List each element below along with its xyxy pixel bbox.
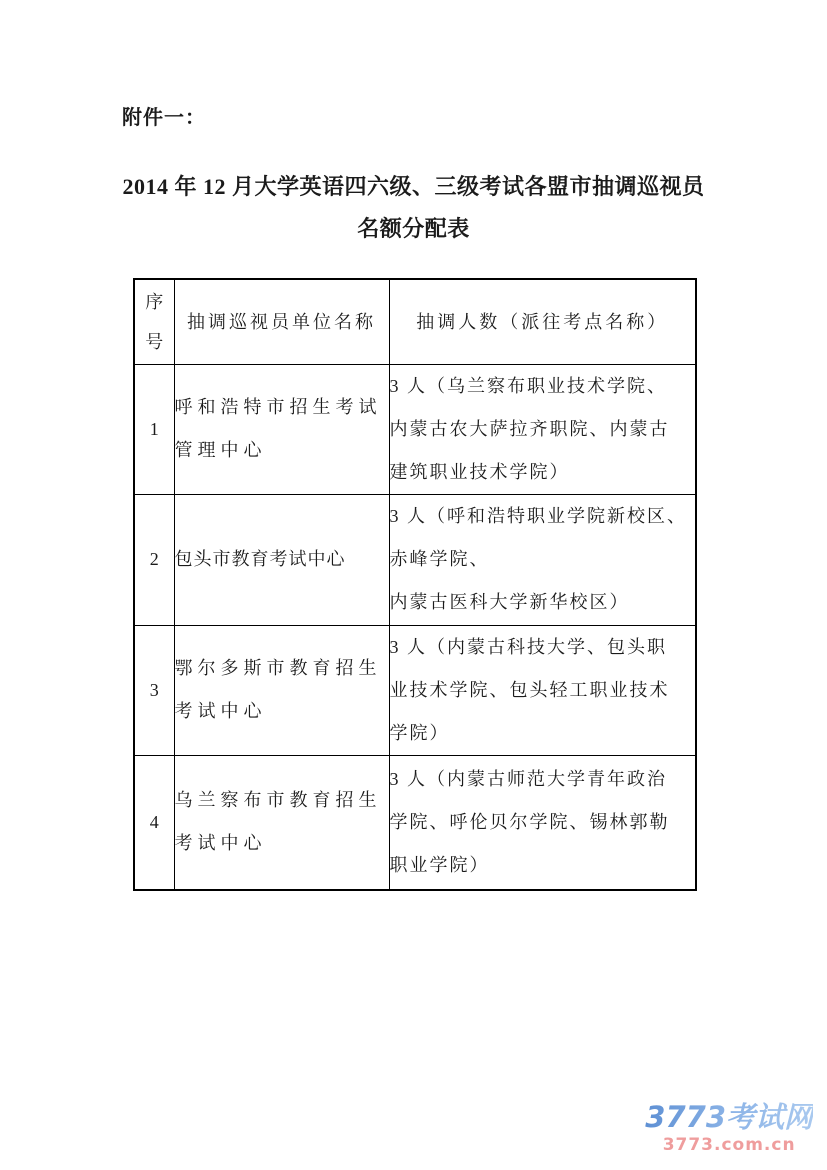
attachment-label: 附件一：	[122, 104, 705, 132]
quota-line: 职业学院）	[390, 844, 696, 887]
header-serial-number: 序 号	[134, 279, 174, 364]
document-title-line1: 2014 年 12 月大学英语四六级、三级考试各盟市抽调巡视员	[122, 166, 705, 208]
quota-cell: 3 人（内蒙古师范大学青年政治 学院、呼伦贝尔学院、锡林郭勒 职业学院）	[389, 755, 696, 890]
serial-number-cell: 1	[134, 364, 174, 494]
header-unit-name: 抽调巡视员单位名称	[174, 279, 389, 364]
quota-line: 学院）	[390, 712, 696, 755]
unit-name-line: 包头市教育考试中心	[175, 538, 389, 581]
serial-number-cell: 3	[134, 625, 174, 755]
quota-line: 业技术学院、包头轻工职业技术	[390, 669, 696, 712]
unit-name-line: 乌兰察布市教育招生	[175, 779, 389, 822]
document-title-line2: 名额分配表	[122, 208, 705, 250]
quota-line: 3 人（呼和浩特职业学院新校区、	[390, 495, 696, 538]
header-serial-line1: 序	[135, 282, 174, 322]
table-row-4: 4 乌兰察布市教育招生 考试中心 3 人（内蒙古师范大学青年政治 学院、呼伦贝尔…	[134, 755, 696, 890]
unit-name-cell: 包头市教育考试中心	[174, 494, 389, 625]
table-row-3: 3 鄂尔多斯市教育招生 考试中心 3 人（内蒙古科技大学、包头职 业技术学院、包…	[134, 625, 696, 755]
unit-name-line: 考试中心	[175, 822, 389, 865]
allocation-table: 序 号 抽调巡视员单位名称 抽调人数（派往考点名称） 1 呼和浩特市招生考试 管…	[133, 278, 697, 891]
serial-number-cell: 4	[134, 755, 174, 890]
unit-name-cell: 呼和浩特市招生考试 管理中心	[174, 364, 389, 494]
document-page: 附件一： 2014 年 12 月大学英语四六级、三级考试各盟市抽调巡视员 名额分…	[122, 104, 705, 891]
quota-cell: 3 人（呼和浩特职业学院新校区、 赤峰学院、 内蒙古医科大学新华校区）	[389, 494, 696, 625]
table-row-1: 1 呼和浩特市招生考试 管理中心 3 人（乌兰察布职业技术学院、 内蒙古农大萨拉…	[134, 364, 696, 494]
watermark-site-url: 3773.com.cn	[645, 1136, 813, 1155]
header-serial-line2: 号	[135, 322, 174, 362]
unit-name-cell: 鄂尔多斯市教育招生 考试中心	[174, 625, 389, 755]
watermark: 3773考试网 3773.com.cn	[645, 1102, 813, 1155]
quota-line: 3 人（乌兰察布职业技术学院、	[390, 365, 696, 408]
unit-name-line: 鄂尔多斯市教育招生	[175, 647, 389, 690]
document-title: 2014 年 12 月大学英语四六级、三级考试各盟市抽调巡视员 名额分配表	[122, 166, 705, 250]
quota-line: 建筑职业技术学院）	[390, 451, 696, 494]
serial-number-cell: 2	[134, 494, 174, 625]
quota-cell: 3 人（内蒙古科技大学、包头职 业技术学院、包头轻工职业技术 学院）	[389, 625, 696, 755]
header-quota: 抽调人数（派往考点名称）	[389, 279, 696, 364]
quota-line: 赤峰学院、	[390, 538, 696, 581]
quota-cell: 3 人（乌兰察布职业技术学院、 内蒙古农大萨拉齐职院、内蒙古 建筑职业技术学院）	[389, 364, 696, 494]
table-row-2: 2 包头市教育考试中心 3 人（呼和浩特职业学院新校区、 赤峰学院、 内蒙古医科…	[134, 494, 696, 625]
unit-name-line: 呼和浩特市招生考试	[175, 386, 389, 429]
unit-name-line: 考试中心	[175, 690, 389, 733]
unit-name-line: 管理中心	[175, 429, 389, 472]
quota-line: 3 人（内蒙古科技大学、包头职	[390, 626, 696, 669]
unit-name-cell: 乌兰察布市教育招生 考试中心	[174, 755, 389, 890]
quota-line: 3 人（内蒙古师范大学青年政治	[390, 758, 696, 801]
watermark-site-name: 3773考试网	[645, 1102, 813, 1134]
table-header-row: 序 号 抽调巡视员单位名称 抽调人数（派往考点名称）	[134, 279, 696, 364]
quota-line: 内蒙古医科大学新华校区）	[390, 581, 696, 624]
quota-line: 学院、呼伦贝尔学院、锡林郭勒	[390, 801, 696, 844]
quota-line: 内蒙古农大萨拉齐职院、内蒙古	[390, 408, 696, 451]
